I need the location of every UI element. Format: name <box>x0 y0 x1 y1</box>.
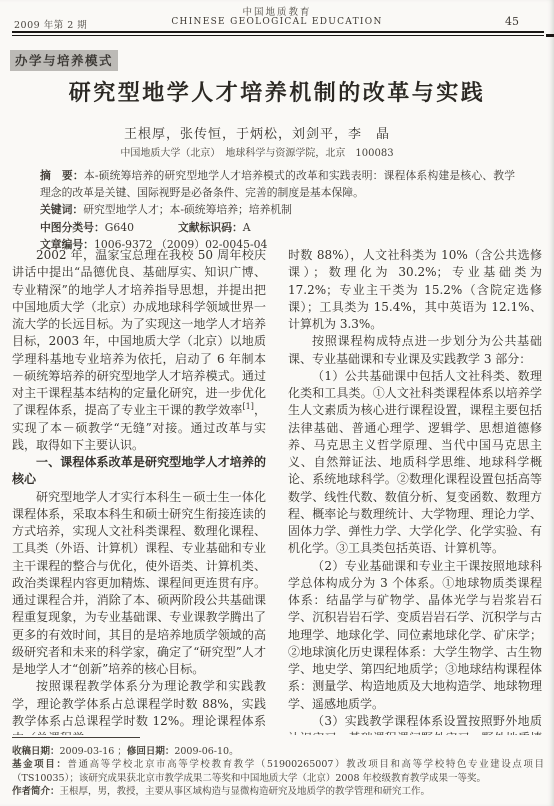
footnote-block: 收稿日期：2009-03-16 ；修回日期：2009-06-10。 基金项目：普… <box>12 745 544 799</box>
paragraph-intro-text: 2002 年，温家宝总理在我校 50 周年校庆讲话中提出“品德优良、基础厚实、知… <box>12 248 266 417</box>
abstract-label: 摘 要： <box>40 169 84 182</box>
scan-edge-mark <box>546 34 554 37</box>
clc-value: G640 <box>105 221 134 234</box>
paragraph-public-courses: （1）公共基础课中包括人文社科类、数理化类和工具类。①人文社科类课程体系以培养学… <box>288 368 542 558</box>
doc-code-group: 文献标识码：A <box>178 219 251 236</box>
paragraph-course-parts: 按照课程构成特点进一步划分为公共基础课、专业基础课和专业课及实践教学 3 部分： <box>288 333 542 368</box>
header-rule <box>12 31 544 36</box>
abstract-paragraph: 摘 要：本-硕统筹培养的研究型地学人才培养模式的改革和实践表明：课程体系构建是核… <box>40 167 515 201</box>
paragraph-major-courses: （2）专业基础课和专业主干课按照地球科学总体构成分为 3 个体系。①地球物质类课… <box>288 558 542 713</box>
footnote-fund: 基金项目：普通高等学校北京市高等学校教育教学（51900265007）教改项目和… <box>12 758 544 785</box>
keywords-line: 关键词：研究型地学人才；本-硕统筹培养；培养机制 <box>40 201 515 218</box>
clc-group: 中图分类号：G640 <box>40 219 134 236</box>
abstract-block: 摘 要：本-硕统筹培养的研究型地学人才培养模式的改革和实践表明：课程体系构建是核… <box>40 167 515 253</box>
bio-label: 作者简介： <box>12 786 60 797</box>
doc-code-value: A <box>243 221 251 234</box>
authors-line: 王根厚，张传恒，于炳松，刘剑平，李 晶 <box>0 123 514 142</box>
footnote-dates: 收稿日期：2009-03-16 ；修回日期：2009-06-10。 <box>12 745 544 758</box>
journal-name-cn: 中国地质教育 <box>0 4 554 18</box>
right-column: 时数 88%），人文社科类为 10%（含公共选修课）；数理化为 30.2%；专业… <box>288 247 542 735</box>
journal-page: 中国地质教育 CHINESE GEOLOGICAL EDUCATION 2009… <box>0 0 554 806</box>
footnote-bio: 作者简介：王根厚，男，教授，主要从事区域构造与显微构造研究及地质学的教学管理和研… <box>12 785 544 798</box>
abstract-text: 本-硕统筹培养的研究型地学人才培养模式的改革和实践表明：课程体系构建是核心、教学… <box>40 169 515 199</box>
received-label: 收稿日期： <box>12 746 60 757</box>
clc-label: 中图分类号： <box>40 221 105 234</box>
fund-label: 基金项目： <box>12 759 67 770</box>
bio-value: 王根厚，男，教授，主要从事区域构造与显微构造研究及地质学的教学管理和研究工作。 <box>60 786 431 797</box>
keywords-label: 关键词： <box>40 203 83 216</box>
paragraph-hours-continued: 时数 88%），人文社科类为 10%（含公共选修课）；数理化为 30.2%；专业… <box>288 247 542 333</box>
revised-value: 2009-06-10。 <box>174 746 238 757</box>
revised-label: 修回日期： <box>127 746 175 757</box>
paragraph-teaching-system: 按照课程教学体系分为理论教学和实践教学，理论教学体系占总课程学时数 88%，实践… <box>12 678 266 735</box>
citation-ref: [1] <box>243 402 254 411</box>
left-column: 2002 年，温家宝总理在我校 50 周年校庆讲话中提出“品德优良、基础厚实、知… <box>12 247 266 735</box>
doc-code-label: 文献标识码： <box>178 221 243 234</box>
footnote-rule <box>12 737 140 738</box>
paragraph-intro: 2002 年，温家宝总理在我校 50 周年校庆讲话中提出“品德优良、基础厚实、知… <box>12 247 266 454</box>
paragraph-curriculum: 研究型地学人才实行本科生－硕士生一体化课程体系，采取本科生和硕士研究生衔接连读的… <box>12 489 266 679</box>
keywords-text: 研究型地学人才；本-硕统筹培养；培养机制 <box>83 203 292 216</box>
paragraph-practice-courses: （3）实践教学课程体系设置按照野外地质认识实习、基础课程课间野外实习、野外地质填… <box>288 713 542 735</box>
affiliation-line: 中国地质大学（北京） 地球科学与资源学院，北京 100083 <box>0 144 514 159</box>
section-label: 办学与培养模式 <box>10 50 118 71</box>
article-title: 研究型地学人才培养机制的改革与实践 <box>0 76 554 107</box>
received-value: 2009-03-16 ； <box>60 746 127 757</box>
page-number: 45 <box>505 15 519 28</box>
fund-value: 普通高等学校北京市高等学校教育教学（51900265007）教改项目和高等学校特… <box>12 759 544 783</box>
article-body: 2002 年，温家宝总理在我校 50 周年校庆讲话中提出“品德优良、基础厚实、知… <box>12 247 542 735</box>
section-heading-1: 一、课程体系改革是研究型地学人才培养的核心 <box>12 454 266 489</box>
issue-label: 2009 年第 2 期 <box>14 17 87 31</box>
